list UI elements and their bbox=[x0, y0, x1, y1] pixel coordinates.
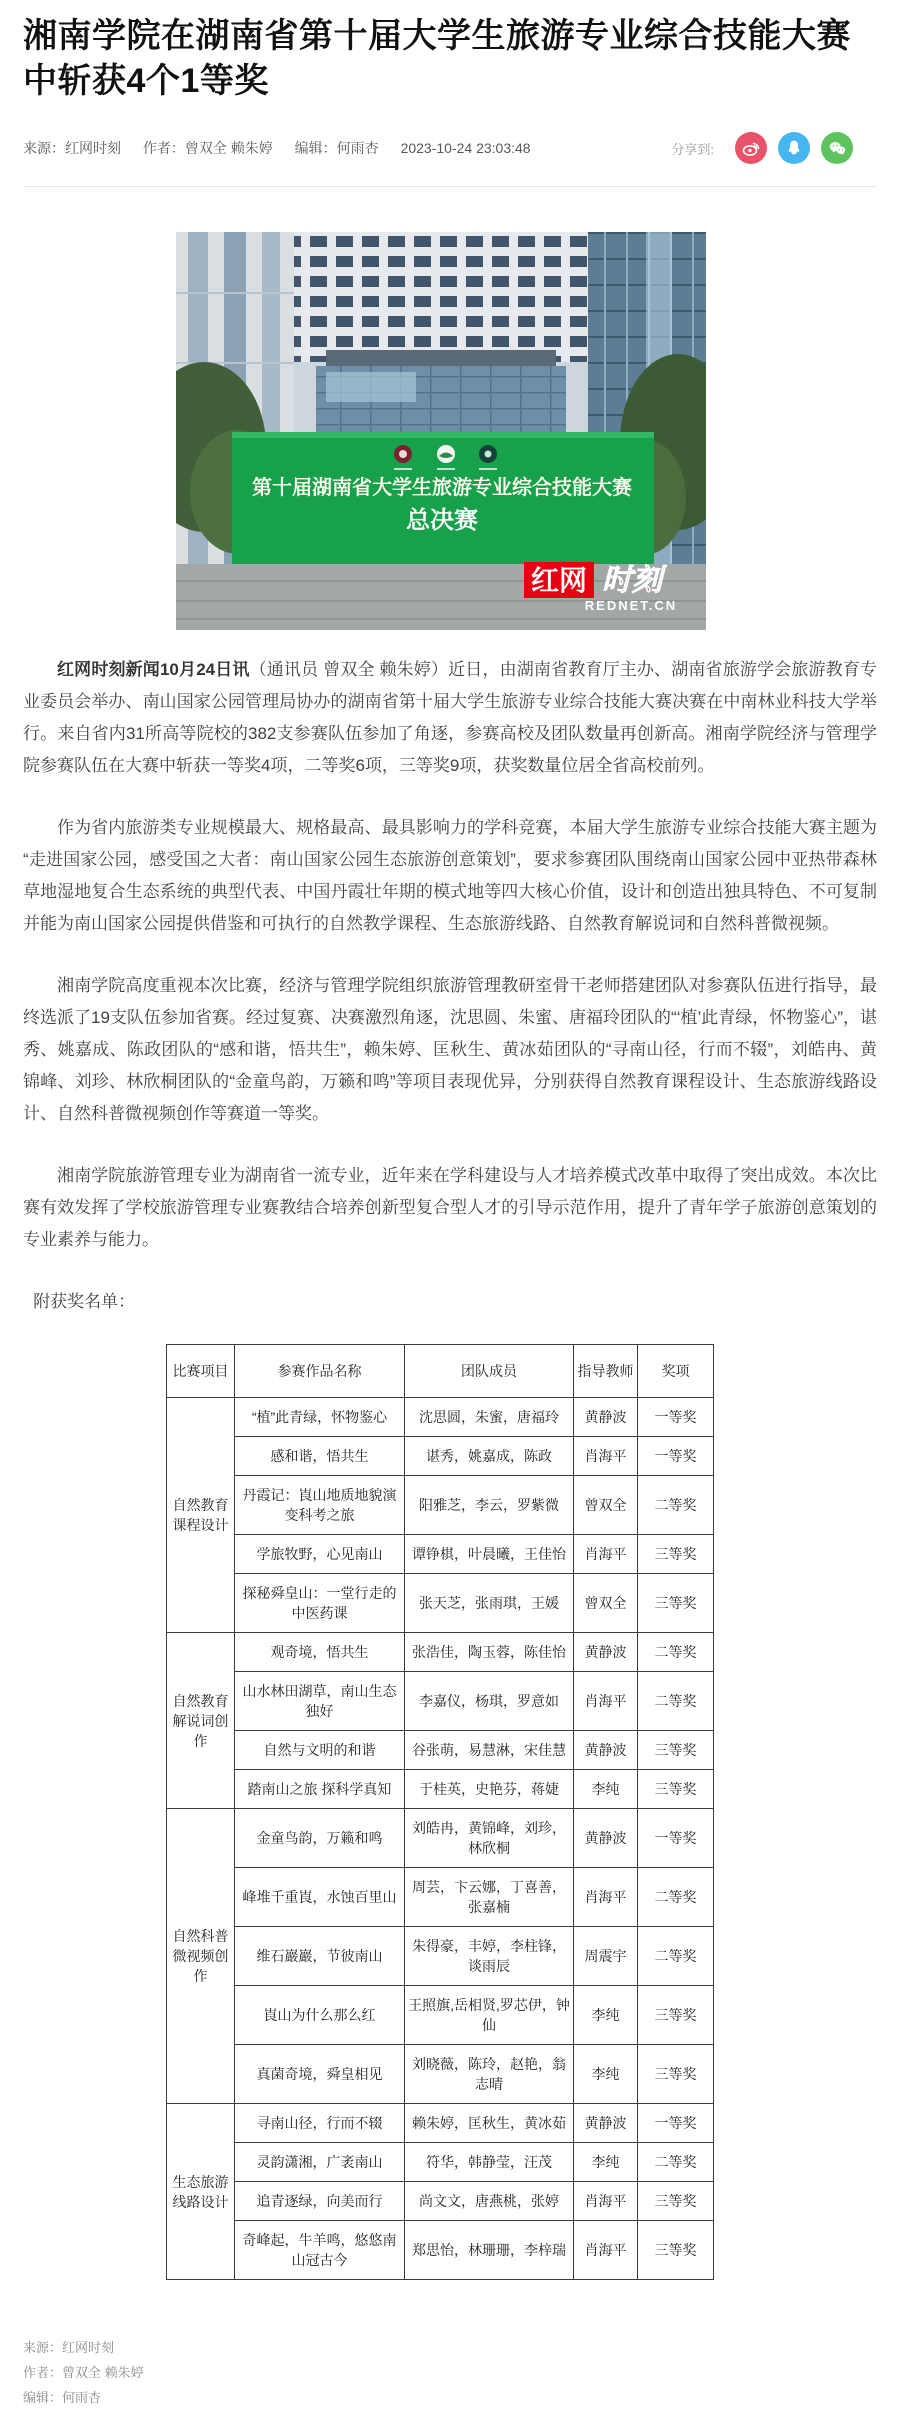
category-cell: 自然科普微视频创作 bbox=[167, 1809, 235, 2104]
header-divider bbox=[23, 186, 877, 187]
teacher-cell: 肖海平 bbox=[574, 2221, 638, 2280]
table-row: 感和谐，悟共生谌秀，姚嘉成，陈政肖海平一等奖 bbox=[167, 1437, 714, 1476]
page-title: 湘南学院在湖南省第十届大学生旅游专业综合技能大赛中斩获4个1等奖 bbox=[23, 14, 877, 104]
teacher-cell: 李纯 bbox=[574, 2045, 638, 2104]
work-cell: 真菌奇境，舜皇相见 bbox=[235, 2045, 405, 2104]
award-cell: 三等奖 bbox=[638, 1574, 714, 1633]
table-row: 维石巖巖，节彼南山朱得豪，丰婷，李柱锋，谈雨辰周震宇二等奖 bbox=[167, 1927, 714, 1986]
attachment-label: 附获奖名单： bbox=[23, 1286, 877, 1318]
members-cell: 刘皓冉，黄锦峰，刘珍，林欣桐 bbox=[405, 1809, 574, 1868]
award-cell: 二等奖 bbox=[638, 1476, 714, 1535]
teacher-cell: 黄静波 bbox=[574, 1809, 638, 1868]
article-body: 红网时刻新闻10月24日讯（通讯员 曾双全 赖朱婷）近日，由湖南省教育厅主办、湖… bbox=[23, 654, 877, 1318]
members-cell: 尚文文，唐燕桃，张婷 bbox=[405, 2182, 574, 2221]
table-row: 灵韵潇湘，广袤南山符华，韩静莹，汪茂李纯二等奖 bbox=[167, 2143, 714, 2182]
award-cell: 三等奖 bbox=[638, 1770, 714, 1809]
photo-scene: 第十届湖南省大学生旅游专业综合技能大赛 总决赛 bbox=[176, 232, 706, 630]
meta-editor: 编辑：何雨杏 bbox=[295, 140, 379, 156]
header-work: 参赛作品名称 bbox=[235, 1345, 405, 1398]
table-row: 追青逐绿，向美而行尚文文，唐燕桃，张婷肖海平三等奖 bbox=[167, 2182, 714, 2221]
work-cell: 探秘舜皇山：一堂行走的中医药课 bbox=[235, 1574, 405, 1633]
award-cell: 二等奖 bbox=[638, 1927, 714, 1986]
members-cell: 沈思圆，朱蜜，唐福玲 bbox=[405, 1398, 574, 1437]
paragraph-1: 红网时刻新闻10月24日讯（通讯员 曾双全 赖朱婷）近日，由湖南省教育厅主办、湖… bbox=[23, 654, 877, 782]
wechat-share-icon[interactable] bbox=[821, 132, 853, 164]
table-row: 崀山为什么那么红王照旗,岳相贤,罗芯伊，钟仙李纯三等奖 bbox=[167, 1986, 714, 2045]
table-row: 自然科普微视频创作金童鸟韵，万籁和鸣刘皓冉，黄锦峰，刘珍，林欣桐黄静波一等奖 bbox=[167, 1809, 714, 1868]
work-cell: 踏南山之旅 探科学真知 bbox=[235, 1770, 405, 1809]
award-cell: 二等奖 bbox=[638, 1868, 714, 1927]
teacher-cell: 李纯 bbox=[574, 1986, 638, 2045]
members-cell: 李嘉仪，杨琪，罗意如 bbox=[405, 1672, 574, 1731]
header-teacher: 指导教师 bbox=[574, 1345, 638, 1398]
work-cell: 山水林田湖草，南山生态独好 bbox=[235, 1672, 405, 1731]
teacher-cell: 黄静波 bbox=[574, 1731, 638, 1770]
teacher-cell: 李纯 bbox=[574, 2143, 638, 2182]
work-cell: 金童鸟韵，万籁和鸣 bbox=[235, 1809, 405, 1868]
paragraph-3: 湘南学院高度重视本次比赛，经济与管理学院组织旅游管理教研室骨干老师搭建团队对参赛… bbox=[23, 970, 877, 1130]
teacher-cell: 肖海平 bbox=[574, 1868, 638, 1927]
award-cell: 三等奖 bbox=[638, 1731, 714, 1770]
award-cell: 三等奖 bbox=[638, 2045, 714, 2104]
award-table-body: 自然教育课程设计“植”此青绿，怀物鉴心沈思圆，朱蜜，唐福玲黄静波一等奖感和谐，悟… bbox=[167, 1398, 714, 2280]
members-cell: 谌秀，姚嘉成，陈政 bbox=[405, 1437, 574, 1476]
table-row: 奇峰起，牛羊鸣，悠悠南山冠古今郑思怡，林珊珊，李梓瑞肖海平三等奖 bbox=[167, 2221, 714, 2280]
banner-subtitle-text: 总决赛 bbox=[406, 506, 478, 534]
meta-author: 作者：曾双全 赖朱婷 bbox=[143, 140, 273, 156]
teacher-cell: 黄静波 bbox=[574, 1398, 638, 1437]
award-cell: 二等奖 bbox=[638, 1672, 714, 1731]
article-page: 湘南学院在湖南省第十届大学生旅游专业综合技能大赛中斩获4个1等奖 来源：红网时刻… bbox=[0, 14, 900, 2430]
members-cell: 符华，韩静莹，汪茂 bbox=[405, 2143, 574, 2182]
table-row: 峰堆千重崀，水蚀百里山周芸，卞云娜，丁喜善，张嘉楠肖海平二等奖 bbox=[167, 1868, 714, 1927]
teacher-cell: 黄静波 bbox=[574, 2104, 638, 2143]
watermark-cn-1: 红网 bbox=[531, 565, 587, 596]
category-cell: 自然教育课程设计 bbox=[167, 1398, 235, 1633]
table-header-row: 比赛项目 参赛作品名称 团队成员 指导教师 奖项 bbox=[167, 1345, 714, 1398]
event-banner: 第十届湖南省大学生旅游专业综合技能大赛 总决赛 bbox=[232, 432, 654, 564]
members-cell: 赖朱婷，匡秋生，黄冰茹 bbox=[405, 2104, 574, 2143]
watermark-en: REDNET.CN bbox=[585, 598, 677, 613]
share-label: 分享到: bbox=[671, 139, 714, 158]
meta-source: 来源：红网时刻 bbox=[23, 140, 121, 156]
table-row: 探秘舜皇山：一堂行走的中医药课张天芝，张雨琪，王媛曾双全三等奖 bbox=[167, 1574, 714, 1633]
award-cell: 三等奖 bbox=[638, 1535, 714, 1574]
banner-title-text: 第十届湖南省大学生旅游专业综合技能大赛 bbox=[252, 475, 632, 499]
teacher-cell: 曾双全 bbox=[574, 1574, 638, 1633]
meta-row: 来源：红网时刻 作者：曾双全 赖朱婷 编辑：何雨杏 2023-10-24 23:… bbox=[23, 132, 877, 164]
table-row: 丹霞记：崀山地质地貌演变科考之旅阳雅芝，李云，罗紫微曾双全二等奖 bbox=[167, 1476, 714, 1535]
header-members: 团队成员 bbox=[405, 1345, 574, 1398]
header-category: 比赛项目 bbox=[167, 1345, 235, 1398]
members-cell: 张浩佳，陶玉蓉，陈佳怡 bbox=[405, 1633, 574, 1672]
teacher-cell: 肖海平 bbox=[574, 1437, 638, 1476]
teacher-cell: 李纯 bbox=[574, 1770, 638, 1809]
award-cell: 一等奖 bbox=[638, 1398, 714, 1437]
award-cell: 一等奖 bbox=[638, 2104, 714, 2143]
members-cell: 郑思怡，林珊珊，李梓瑞 bbox=[405, 2221, 574, 2280]
work-cell: 观奇境，悟共生 bbox=[235, 1633, 405, 1672]
table-row: 自然与文明的和谐谷张萌，易慧淋，宋佳慧黄静波三等奖 bbox=[167, 1731, 714, 1770]
table-row: 自然教育课程设计“植”此青绿，怀物鉴心沈思圆，朱蜜，唐福玲黄静波一等奖 bbox=[167, 1398, 714, 1437]
award-cell: 三等奖 bbox=[638, 1986, 714, 2045]
members-cell: 阳雅芝，李云，罗紫微 bbox=[405, 1476, 574, 1535]
work-cell: 维石巖巖，节彼南山 bbox=[235, 1927, 405, 1986]
paragraph-4: 湘南学院旅游管理专业为湖南省一流专业，近年来在学科建设与人才培养模式改革中取得了… bbox=[23, 1160, 877, 1256]
footer-author: 作者：曾双全 赖朱婷 bbox=[23, 2360, 877, 2385]
award-cell: 一等奖 bbox=[638, 1437, 714, 1476]
work-cell: 峰堆千重崀，水蚀百里山 bbox=[235, 1868, 405, 1927]
teacher-cell: 周震宇 bbox=[574, 1927, 638, 1986]
watermark-cn-2: 时刻 bbox=[602, 564, 668, 597]
qq-share-icon[interactable] bbox=[778, 132, 810, 164]
award-cell: 三等奖 bbox=[638, 2182, 714, 2221]
work-cell: 自然与文明的和谐 bbox=[235, 1731, 405, 1770]
article-photo: 第十届湖南省大学生旅游专业综合技能大赛 总决赛 bbox=[176, 232, 706, 630]
members-cell: 刘晓薇，陈玲，赵艳，翁志晴 bbox=[405, 2045, 574, 2104]
members-cell: 王照旗,岳相贤,罗芯伊，钟仙 bbox=[405, 1986, 574, 2045]
work-cell: 奇峰起，牛羊鸣，悠悠南山冠古今 bbox=[235, 2221, 405, 2280]
teacher-cell: 黄静波 bbox=[574, 1633, 638, 1672]
meta-datetime: 2023-10-24 23:03:48 bbox=[401, 140, 531, 156]
award-cell: 二等奖 bbox=[638, 1633, 714, 1672]
weibo-share-icon[interactable] bbox=[735, 132, 767, 164]
category-cell: 自然教育解说词创作 bbox=[167, 1633, 235, 1809]
share-box: 分享到: bbox=[671, 132, 853, 164]
paragraph-lead: 红网时刻新闻10月24日讯 bbox=[57, 660, 250, 679]
teacher-cell: 肖海平 bbox=[574, 1672, 638, 1731]
work-cell: 丹霞记：崀山地质地貌演变科考之旅 bbox=[235, 1476, 405, 1535]
award-cell: 三等奖 bbox=[638, 2221, 714, 2280]
work-cell: 寻南山径，行而不辍 bbox=[235, 2104, 405, 2143]
members-cell: 于桂英，史艳芬，蒋婕 bbox=[405, 1770, 574, 1809]
members-cell: 周芸，卞云娜，丁喜善，张嘉楠 bbox=[405, 1868, 574, 1927]
header-award: 奖项 bbox=[638, 1345, 714, 1398]
work-cell: “植”此青绿，怀物鉴心 bbox=[235, 1398, 405, 1437]
members-cell: 谭铮棋，叶晨曦，王佳怡 bbox=[405, 1535, 574, 1574]
table-row: 自然教育解说词创作观奇境，悟共生张浩佳，陶玉蓉，陈佳怡黄静波二等奖 bbox=[167, 1633, 714, 1672]
category-cell: 生态旅游线路设计 bbox=[167, 2104, 235, 2280]
award-table: 比赛项目 参赛作品名称 团队成员 指导教师 奖项 自然教育课程设计“植”此青绿，… bbox=[166, 1344, 714, 2280]
footer-source: 来源：红网时刻 bbox=[23, 2335, 877, 2360]
table-row: 踏南山之旅 探科学真知于桂英，史艳芬，蒋婕李纯三等奖 bbox=[167, 1770, 714, 1809]
work-cell: 感和谐，悟共生 bbox=[235, 1437, 405, 1476]
footer-editor: 编辑：何雨杏 bbox=[23, 2385, 877, 2410]
members-cell: 张天芝，张雨琪，王媛 bbox=[405, 1574, 574, 1633]
teacher-cell: 曾双全 bbox=[574, 1476, 638, 1535]
award-cell: 一等奖 bbox=[638, 1809, 714, 1868]
page-footer: 来源：红网时刻 作者：曾双全 赖朱婷 编辑：何雨杏 bbox=[23, 2335, 877, 2430]
members-cell: 朱得豪，丰婷，李柱锋，谈雨辰 bbox=[405, 1927, 574, 1986]
paragraph-2: 作为省内旅游类专业规模最大、规格最高、最具影响力的学科竞赛，本届大学生旅游专业综… bbox=[23, 812, 877, 940]
work-cell: 崀山为什么那么红 bbox=[235, 1986, 405, 2045]
award-cell: 二等奖 bbox=[638, 2143, 714, 2182]
table-row: 山水林田湖草，南山生态独好李嘉仪，杨琪，罗意如肖海平二等奖 bbox=[167, 1672, 714, 1731]
table-row: 学旅牧野，心见南山谭铮棋，叶晨曦，王佳怡肖海平三等奖 bbox=[167, 1535, 714, 1574]
table-row: 真菌奇境，舜皇相见刘晓薇，陈玲，赵艳，翁志晴李纯三等奖 bbox=[167, 2045, 714, 2104]
teacher-cell: 肖海平 bbox=[574, 2182, 638, 2221]
work-cell: 灵韵潇湘，广袤南山 bbox=[235, 2143, 405, 2182]
teacher-cell: 肖海平 bbox=[574, 1535, 638, 1574]
article-meta: 来源：红网时刻 作者：曾双全 赖朱婷 编辑：何雨杏 2023-10-24 23:… bbox=[23, 138, 531, 158]
members-cell: 谷张萌，易慧淋，宋佳慧 bbox=[405, 1731, 574, 1770]
work-cell: 追青逐绿，向美而行 bbox=[235, 2182, 405, 2221]
work-cell: 学旅牧野，心见南山 bbox=[235, 1535, 405, 1574]
table-row: 生态旅游线路设计寻南山径，行而不辍赖朱婷，匡秋生，黄冰茹黄静波一等奖 bbox=[167, 2104, 714, 2143]
